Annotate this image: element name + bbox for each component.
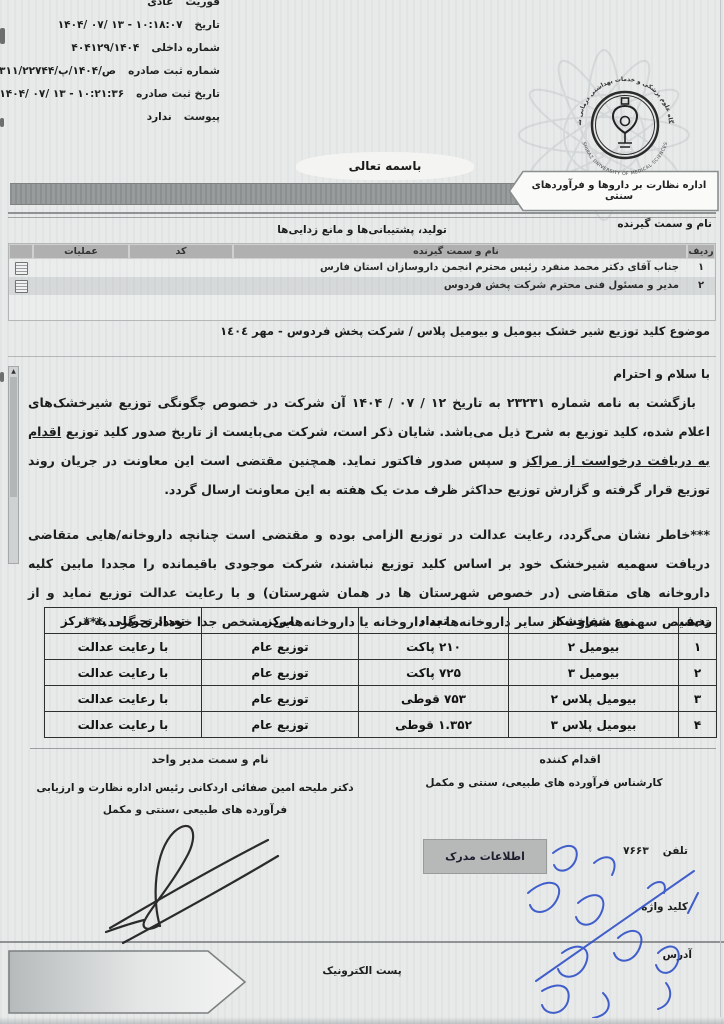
- distribution-header-row: ردیف نوع شیرخشک تعداد مرکز تعداد تحویلی …: [45, 608, 717, 634]
- recipient-row-number: ۱: [687, 259, 715, 277]
- scan-edge-line: [720, 0, 721, 1024]
- recipients-header-actions: عملیات: [33, 244, 129, 259]
- dist-cell: ۱: [679, 634, 717, 660]
- meta-value: ۱۴۰۴/ ۰۷/ ۱۳ - ۱۰:۱۸:۰۷: [58, 19, 183, 31]
- dist-cell: توزیع عام: [202, 712, 359, 738]
- dist-cell: بیومیل ۳: [509, 660, 679, 686]
- scan-smudge: [0, 372, 4, 382]
- recipient-code: [129, 259, 233, 277]
- recipients-header-name: نام و سمت گیرنده: [233, 244, 687, 259]
- subject-divider-rule: [8, 356, 716, 357]
- dist-header-type: نوع شیرخشک: [509, 608, 679, 634]
- paragraph-1-start: بازگشت به نامه شماره ۲۳۲۳۱ به تاریخ ۱۲ /…: [28, 395, 710, 439]
- recipient-actions: [33, 277, 129, 295]
- manager-title: نام و سمت مدیر واحد: [120, 753, 300, 766]
- table-row: ۱ بیومیل ۲ ۲۱۰ پاکت توزیع عام با رعایت ع…: [45, 634, 717, 660]
- dist-header-center: مرکز: [202, 608, 359, 634]
- meta-field-row: پیوست ندارد: [4, 111, 220, 123]
- recipients-header-spacer: [9, 244, 33, 259]
- svg-text:دانشگاه علوم پزشکی و خدمات بهد: دانشگاه علوم پزشکی و خدمات بهداشتی درمان…: [576, 76, 675, 127]
- scroll-up-arrow-icon[interactable]: ▲: [9, 368, 18, 376]
- meta-value: ۹/۳۱۱/۲۲۷۴۴/پ/۱۴۰۴/ص: [0, 65, 116, 77]
- dist-cell: بیومیل پلاس ۳: [509, 712, 679, 738]
- recipients-table: ردیف نام و سمت گیرنده کد عملیات ۱ جناب آ…: [8, 243, 716, 321]
- meta-label: تاریخ ثبت صادره: [136, 88, 220, 100]
- actor-role: کارشناس فرآورده های طبیعی، سنتی و مکمل: [394, 777, 694, 789]
- meta-field-row: شماره داخلی ۴۰۴۱۲۹/۱۴۰۴: [4, 42, 220, 54]
- meta-label: فوریت: [185, 0, 220, 8]
- meta-value: ۱۴۰۴/ ۰۷/ ۱۳ - ۱۰:۲۱:۳۶: [0, 88, 124, 100]
- dist-cell: ۳: [679, 686, 717, 712]
- scrollbar-thumb[interactable]: [10, 377, 17, 497]
- text-scrollbar[interactable]: ▲: [8, 366, 19, 564]
- scanned-letter-page: فوریت عادی تاریخ ۱۴۰۴/ ۰۷/ ۱۳ - ۱۰:۱۸:۰۷…: [0, 0, 724, 1024]
- besmele-text: باسمه تعالی: [349, 159, 422, 173]
- recipient-actions: [33, 259, 129, 277]
- recipient-row: ۱ جناب آقای دکتر محمد منفرد رئیس محترم ا…: [9, 259, 715, 277]
- meta-label: شماره داخلی: [151, 42, 220, 54]
- signature-image: [98, 808, 293, 948]
- recipient-code: [129, 277, 233, 295]
- university-seal-logo: دانشگاه علوم پزشکی و خدمات بهداشتی درمان…: [572, 72, 678, 178]
- recipients-header-row: ردیف نام و سمت گیرنده کد عملیات: [9, 244, 715, 259]
- signature-divider-rule: [30, 748, 716, 749]
- scan-smudge: [0, 28, 5, 44]
- body-paragraph-1: بازگشت به نامه شماره ۲۳۲۳۱ به تاریخ ۱۲ /…: [28, 388, 710, 504]
- letter-body: با سلام و احترام بازگشت به نامه شماره ۲۳…: [28, 362, 710, 636]
- meta-value: ۴۰۴۱۲۹/۱۴۰۴: [71, 42, 139, 54]
- besmele-banner: باسمه تعالی: [296, 152, 474, 180]
- actor-title: اقدام کننده: [480, 753, 660, 766]
- meta-label: تاریخ: [195, 19, 220, 31]
- action-doc-icon[interactable]: [15, 262, 28, 275]
- scan-edge-shadow: [0, 1017, 724, 1024]
- letter-meta-block: فوریت عادی تاریخ ۱۴۰۴/ ۰۷/ ۱۳ - ۱۰:۱۸:۰۷…: [4, 0, 220, 134]
- footer-pennant: [8, 950, 248, 1014]
- handwritten-note-ink: [498, 833, 712, 1018]
- meta-value: عادی: [147, 0, 173, 8]
- meta-field-row: تاریخ ۱۴۰۴/ ۰۷/ ۱۳ - ۱۰:۱۸:۰۷: [4, 19, 220, 31]
- dist-cell: توزیع عام: [202, 634, 359, 660]
- dist-cell: بیومیل پلاس ۲: [509, 686, 679, 712]
- dist-cell: ۲۱۰ پاکت: [359, 634, 509, 660]
- header-divider-rule: [8, 212, 716, 218]
- dist-cell: بیومیل ۲: [509, 634, 679, 660]
- routing-title: تولید، پشتیبانی‌ها و مانع زدایی‌ها: [0, 224, 724, 236]
- table-row: ۴ بیومیل پلاس ۳ ۱.۳۵۲ قوطی توزیع عام با …: [45, 712, 717, 738]
- logo-persian-ring-text: دانشگاه علوم پزشکی و خدمات بهداشتی درمان…: [576, 76, 675, 127]
- dist-header-quantity: تعداد: [359, 608, 509, 634]
- dist-cell: با رعایت عدالت: [45, 634, 202, 660]
- subject-line: موضوع کلید توزیع شیر خشک بیومیل و بیومیل…: [14, 324, 710, 338]
- meta-label: پیوست: [184, 111, 220, 123]
- table-row: ۲ بیومیل ۳ ۷۲۵ پاکت توزیع عام با رعایت ع…: [45, 660, 717, 686]
- recipient-name: مدیر و مسئول فنی محترم شرکت پخش فردوس: [233, 277, 687, 295]
- meta-field-row: شماره ثبت صادره ۹/۳۱۱/۲۲۷۴۴/پ/۱۴۰۴/ص: [4, 65, 220, 77]
- dist-cell: ۷۲۵ پاکت: [359, 660, 509, 686]
- recipients-header-row-number: ردیف: [687, 244, 715, 259]
- recipient-name: جناب آقای دکتر محمد منفرد رئیس محترم انج…: [233, 259, 687, 277]
- dist-cell: با رعایت عدالت: [45, 712, 202, 738]
- recipient-row-number: ۲: [687, 277, 715, 295]
- dist-header-delivered: تعداد تحویلی به مرکز: [45, 608, 202, 634]
- seal-emblem-icon: [613, 98, 637, 147]
- dist-header-row-number: ردیف: [679, 608, 717, 634]
- meta-field-row: تاریخ ثبت صادره ۱۴۰۴/ ۰۷/ ۱۳ - ۱۰:۲۱:۳۶: [4, 88, 220, 100]
- recipients-header-code: کد: [129, 244, 233, 259]
- meta-field-row: فوریت عادی: [4, 0, 220, 8]
- dist-cell: ۷۵۳ قوطی: [359, 686, 509, 712]
- scan-smudge: [0, 118, 4, 127]
- body-salutation: با سلام و احترام: [28, 362, 710, 386]
- dist-cell: توزیع عام: [202, 660, 359, 686]
- action-doc-icon[interactable]: [15, 280, 28, 293]
- dist-cell: با رعایت عدالت: [45, 660, 202, 686]
- meta-label: شماره ثبت صادره: [128, 65, 220, 77]
- meta-value: ندارد: [147, 111, 172, 123]
- distribution-table: ردیف نوع شیرخشک تعداد مرکز تعداد تحویلی …: [44, 607, 717, 738]
- dist-cell: ۴: [679, 712, 717, 738]
- table-row: ۳ بیومیل پلاس ۲ ۷۵۳ قوطی توزیع عام با رع…: [45, 686, 717, 712]
- recipient-row: ۲ مدیر و مسئول فنی محترم شرکت پخش فردوس: [9, 277, 715, 295]
- dist-cell: با رعایت عدالت: [45, 686, 202, 712]
- dist-cell: ۲: [679, 660, 717, 686]
- dist-cell: توزیع عام: [202, 686, 359, 712]
- dist-cell: ۱.۳۵۲ قوطی: [359, 712, 509, 738]
